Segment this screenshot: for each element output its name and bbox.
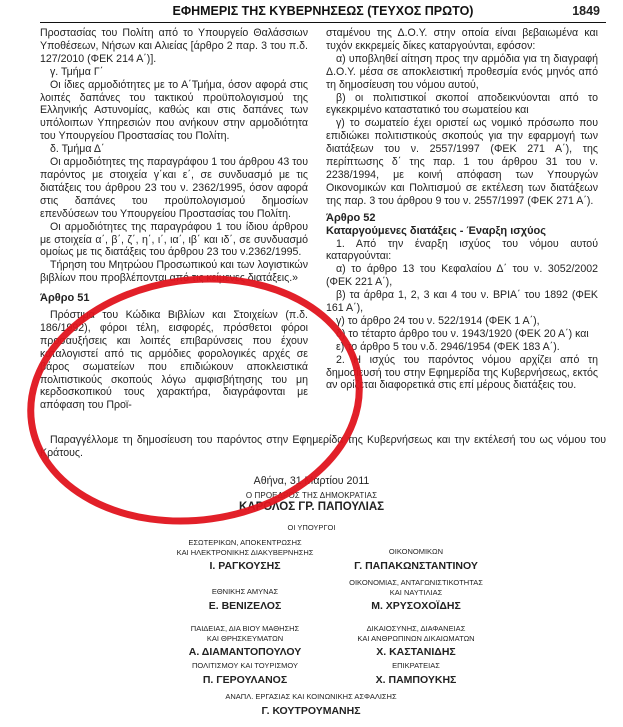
- list-item: β) τα άρθρα 1, 2, 3 και 4 του ν. ΒΡΙΑ΄ τ…: [326, 289, 598, 315]
- minister-name: Χ. ΚΑΣΤΑΝΙΔΗΣ: [306, 646, 526, 658]
- president-label: Ο ΠΡΟΕΔΡΟΣ ΤΗΣ ΔΗΜΟΚΡΑΤΙΑΣ: [0, 491, 623, 500]
- article-52-subtitle: Καταργούμενες διατάξεις - Έναρξη ισχύος: [326, 225, 598, 238]
- paragraph: 1. Από την έναρξη ισχύος του νόμου αυτού…: [326, 238, 598, 264]
- list-item: α) το άρθρο 13 του Κεφαλαίου Δ΄ του ν. 3…: [326, 263, 598, 289]
- article-51-title: Άρθρο 51: [40, 292, 308, 305]
- gazette-title: ΕΦΗΜΕΡΙΣ ΤΗΣ ΚΥΒΕΡΝΗΣΕΩΣ (ΤΕΥΧΟΣ ΠΡΩΤΟ): [40, 4, 606, 18]
- left-column: Προστασίας του Πολίτη από το Υπουργείο Θ…: [40, 27, 308, 412]
- minister-name: Χ. ΠΑΜΠΟΥΚΗΣ: [306, 674, 526, 686]
- article-52-title: Άρθρο 52: [326, 212, 598, 225]
- signing-date: Αθήνα, 31 Μαρτίου 2011: [0, 475, 623, 487]
- minister-role: ΟΙΚΟΝΟΜΙΚΩΝ: [306, 547, 526, 557]
- minister-name: Μ. ΧΡΥΣΟΧΟΪΔΗΣ: [306, 600, 526, 612]
- paragraph: Προστασίας του Πολίτη από το Υπουργείο Θ…: [40, 27, 308, 66]
- paragraph: Τήρηση του Μητρώου Προσωπικού και των λο…: [40, 259, 308, 285]
- ministers-label: ΟΙ ΥΠΟΥΡΓΟΙ: [0, 523, 623, 532]
- article-51-text: Πρόστιμα του Κώδικα Βιβλίων και Στοιχείω…: [40, 309, 308, 412]
- minister-signature: ΔΙΚΑΙΟΣΥΝΗΣ, ΔΙΑΦΑΝΕΙΑΣ ΚΑΙ ΑΝΘΡΩΠΙΝΩΝ Δ…: [306, 624, 526, 658]
- president-name: ΚΑΡΟΛΟΣ ΓΡ. ΠΑΠΟΥΛΙΑΣ: [0, 501, 623, 513]
- paragraph: γ) το σωματείο έχει οριστεί ως νομικό πρ…: [326, 117, 598, 207]
- paragraph: Οι αρμοδιότητες της παραγράφου 1 του άρθ…: [40, 156, 308, 221]
- page-number: 1849: [572, 4, 600, 18]
- minister-name: Γ. ΠΑΠΑΚΩΝΣΤΑΝΤΙΝΟΥ: [306, 560, 526, 572]
- minister-role: ΕΠΙΚΡΑΤΕΙΑΣ: [306, 661, 526, 671]
- paragraph: σταμένου της Δ.Ο.Υ. στην οποία είναι βεβ…: [326, 27, 598, 53]
- list-item: γ) το άρθρο 24 του ν. 522/1914 (ΦΕΚ 1 Α΄…: [326, 315, 598, 328]
- paragraph: β) οι πολιτιστικοί σκοποί αποδεικνύονται…: [326, 92, 598, 118]
- minister-signature: ΑΝΑΠΛ. ΕΡΓΑΣΙΑΣ ΚΑΙ ΚΟΙΝΩΝΙΚΗΣ ΑΣΦΑΛΙΣΗΣ…: [201, 692, 421, 717]
- paragraph: α) υποβληθεί αίτηση προς την αρμόδια για…: [326, 53, 598, 92]
- minister-role: ΔΙΚΑΙΟΣΥΝΗΣ, ΔΙΑΦΑΝΕΙΑΣ ΚΑΙ ΑΝΘΡΩΠΙΝΩΝ Δ…: [306, 624, 526, 643]
- minister-role: ΑΝΑΠΛ. ΕΡΓΑΣΙΑΣ ΚΑΙ ΚΟΙΝΩΝΙΚΗΣ ΑΣΦΑΛΙΣΗΣ: [201, 692, 421, 702]
- paragraph: Οι αρμοδιότητες της παραγράφου 1 του ίδι…: [40, 221, 308, 260]
- minister-signature: ΟΙΚΟΝΟΜΙΑΣ, ΑΝΤΑΓΩΝΙΣΤΙΚΟΤΗΤΑΣ ΚΑΙ ΝΑΥΤΙ…: [306, 578, 526, 612]
- section-heading: δ. Τμήμα Δ΄: [40, 143, 308, 156]
- list-item: ε) το άρθρο 5 του ν.δ. 2946/1954 (ΦΕΚ 18…: [326, 341, 598, 354]
- closing-section: Παραγγέλλομε τη δημοσίευση του παρόντος …: [40, 434, 606, 460]
- section-heading: γ. Τμήμα Γ΄: [40, 66, 308, 79]
- minister-role: ΟΙΚΟΝΟΜΙΑΣ, ΑΝΤΑΓΩΝΙΣΤΙΚΟΤΗΤΑΣ ΚΑΙ ΝΑΥΤΙ…: [306, 578, 526, 597]
- paragraph: 2. Η ισχύς του παρόντος νόμου αρχίζει απ…: [326, 354, 598, 393]
- list-item: δ) το τέταρτο άρθρο του ν. 1943/1920 (ΦΕ…: [326, 328, 598, 341]
- minister-signature: ΟΙΚΟΝΟΜΙΚΩΝ Γ. ΠΑΠΑΚΩΝΣΤΑΝΤΙΝΟΥ: [306, 547, 526, 572]
- minister-signature: ΕΠΙΚΡΑΤΕΙΑΣ Χ. ΠΑΜΠΟΥΚΗΣ: [306, 661, 526, 686]
- minister-name: Γ. ΚΟΥΤΡΟΥΜΑΝΗΣ: [201, 705, 421, 717]
- paragraph: Οι ίδιες αρμοδιότητες με το Α΄Τμήμα, όσο…: [40, 79, 308, 144]
- right-column: σταμένου της Δ.Ο.Υ. στην οποία είναι βεβ…: [326, 27, 598, 392]
- promulgation-order: Παραγγέλλομε τη δημοσίευση του παρόντος …: [40, 434, 606, 460]
- page-header: ΕΦΗΜΕΡΙΣ ΤΗΣ ΚΥΒΕΡΝΗΣΕΩΣ (ΤΕΥΧΟΣ ΠΡΩΤΟ) …: [40, 4, 606, 23]
